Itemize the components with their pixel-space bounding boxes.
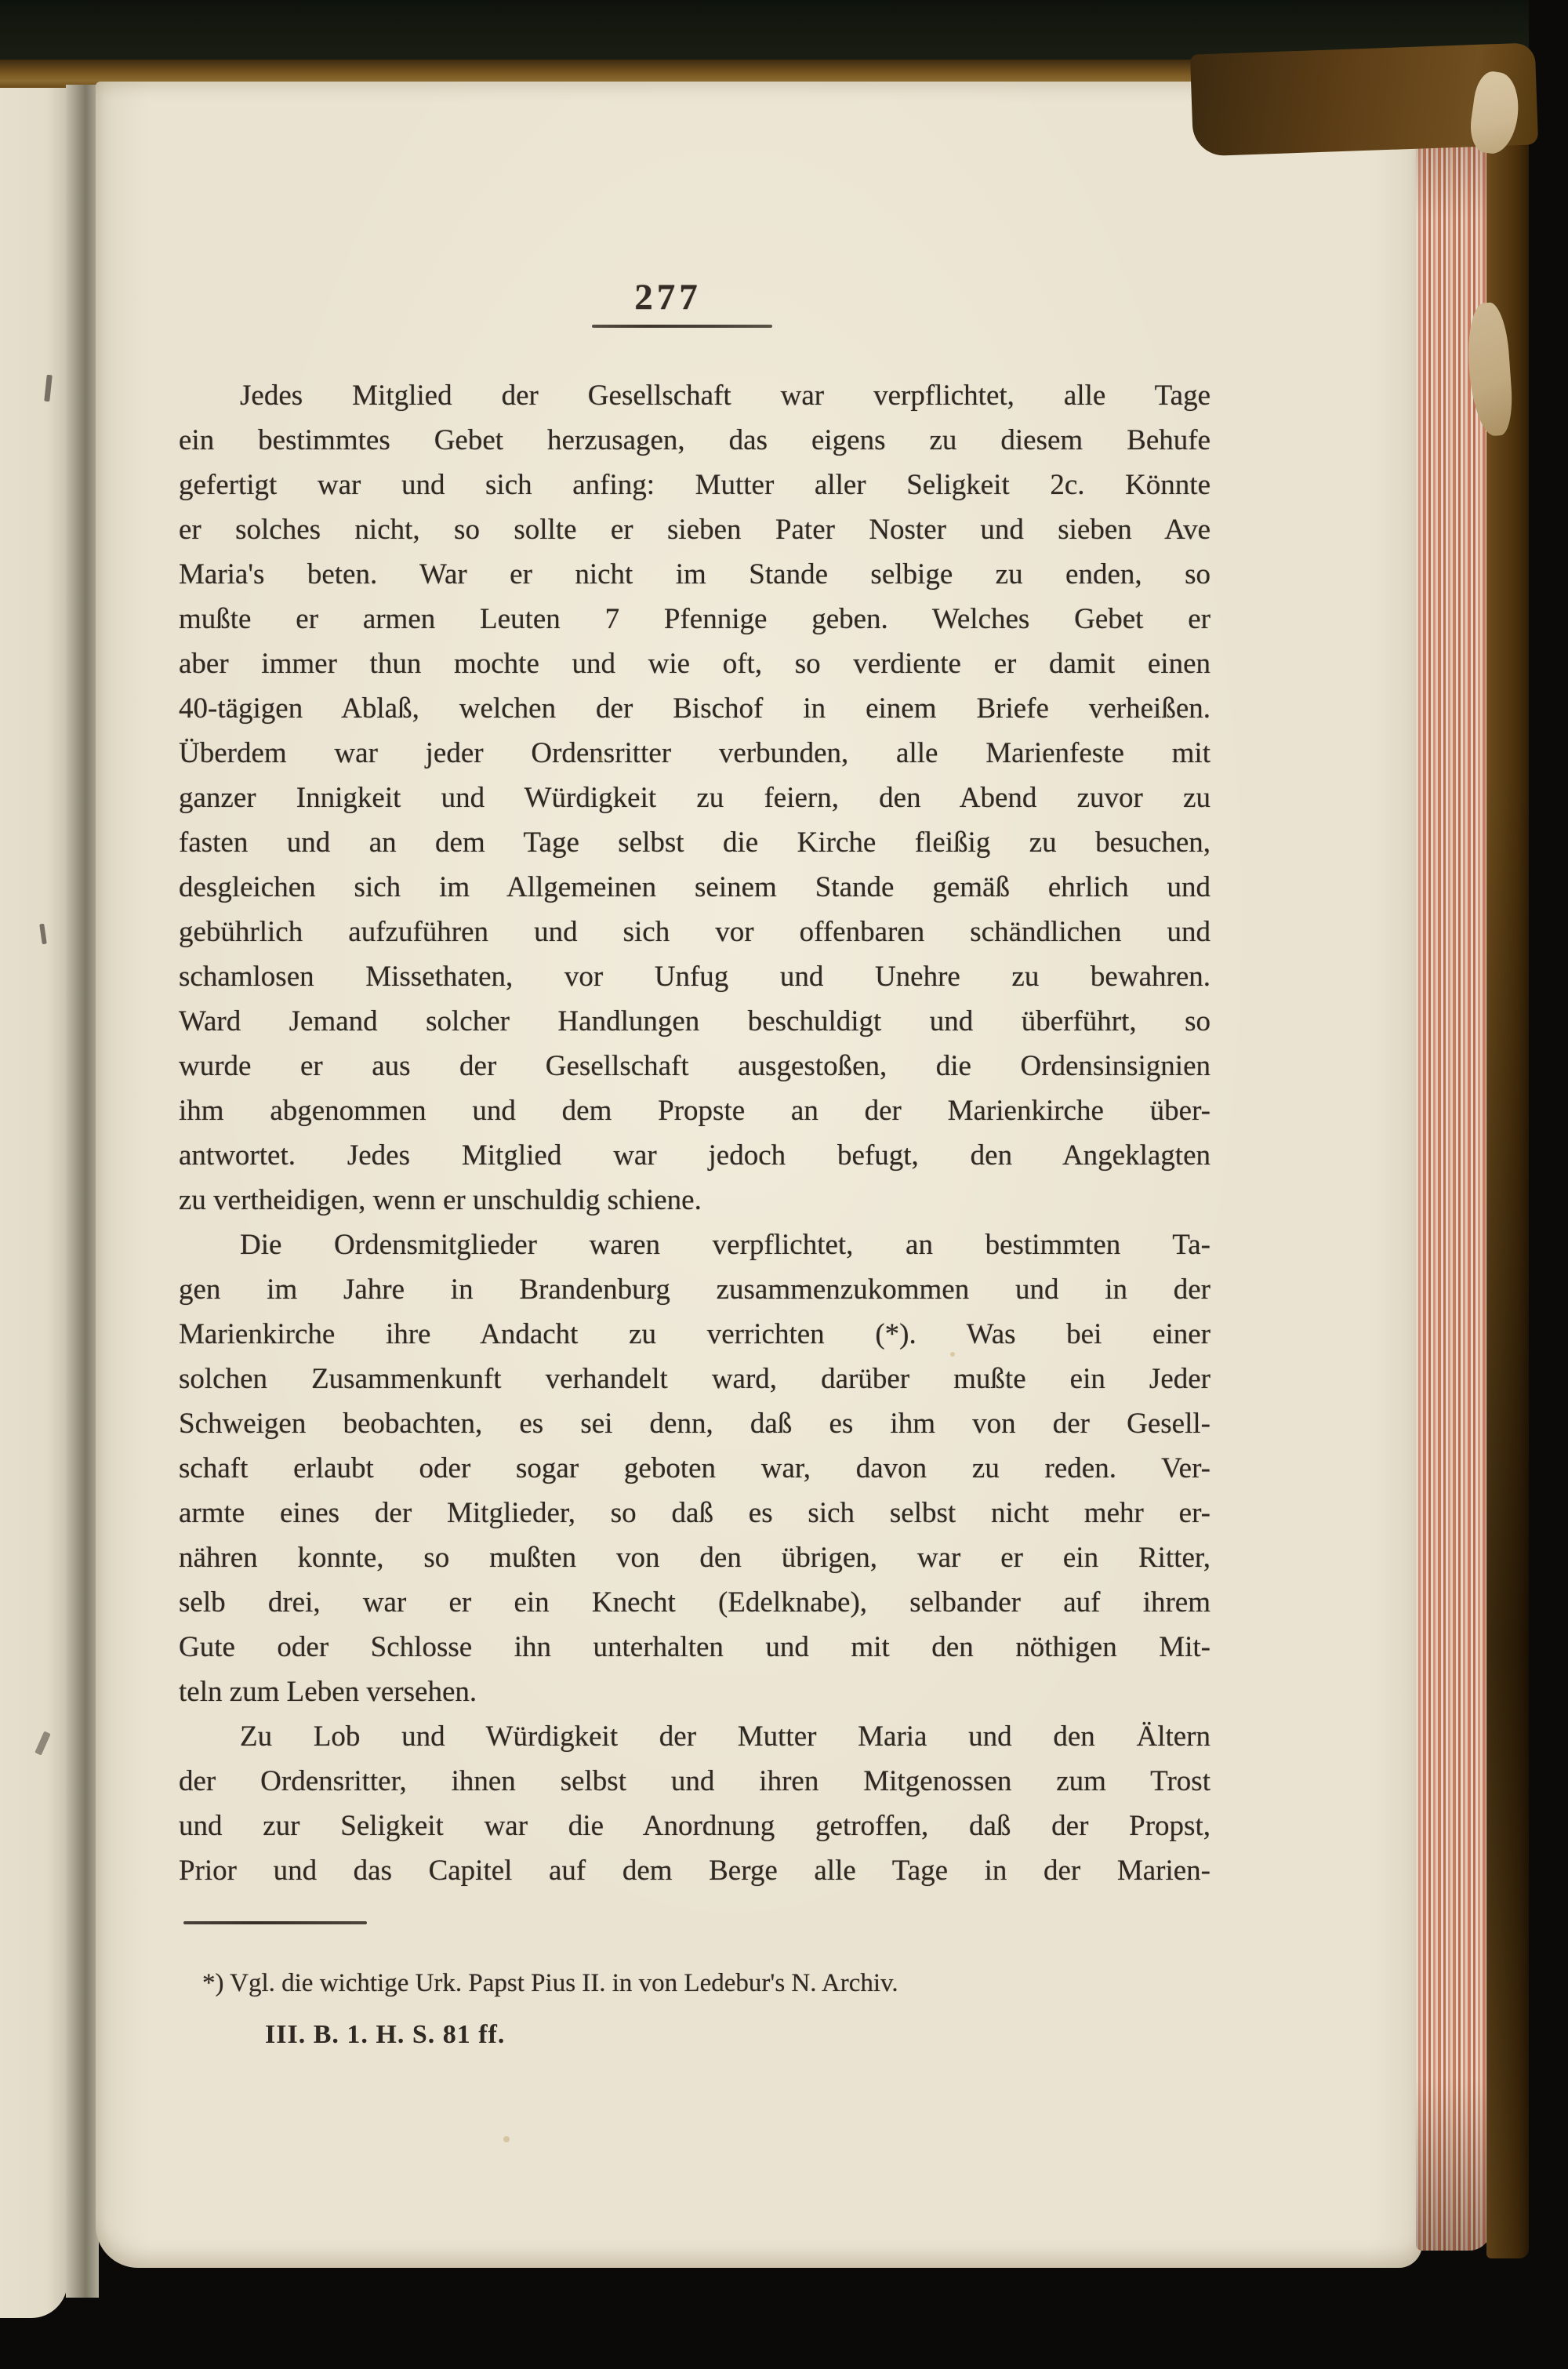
paragraph-3-line-3: und zur Seligkeit war die Anordnung getr… [179,1804,1210,1848]
paper-speck [950,1352,955,1357]
page-number: 277 [96,276,1240,318]
paragraph-1-line-16: wurde er aus der Gesellschaft ausgestoße… [179,1044,1210,1088]
paragraph-1-line-17: ihm abgenommen und dem Propste an der Ma… [179,1088,1210,1133]
paper-speck [503,2136,510,2142]
paragraph-3-line-4: Prior und das Capitel auf dem Berge alle… [179,1848,1210,1893]
paragraph-3-line-2: der Ordensritter, ihnen selbst und ihren… [179,1759,1210,1804]
paragraph-1-line-13: gebührlich aufzuführen und sich vor offe… [179,910,1210,954]
page-gutter-shadow [66,85,99,2298]
paragraph-1-line-10: ganzer Innigkeit und Würdigkeit zu feier… [179,776,1210,820]
paragraph-1-line-3: gefertigt war und sich anfing: Mutter al… [179,463,1210,507]
paragraph-2-line-1: Die Ordensmitglieder waren verpflichtet,… [179,1223,1210,1267]
paragraph-2-line-2: gen im Jahre in Brandenburg zusammenzuko… [179,1267,1210,1312]
paragraph-1-line-18: antwortet. Jedes Mitglied war jedoch bef… [179,1133,1210,1178]
paragraph-1-line-6: mußte er armen Leuten 7 Pfennige geben. … [179,597,1210,641]
paragraph-1-line-19: zu vertheidigen, wenn er unschuldig schi… [179,1178,1210,1223]
paragraph-2-line-10: Gute oder Schlosse ihn unterhalten und m… [179,1625,1210,1670]
paragraph-1-line-9: Überdem war jeder Ordensritter verbunden… [179,731,1210,776]
paragraph-1-line-2: ein bestimmtes Gebet herzusagen, das eig… [179,418,1210,463]
paragraph-2-line-11: teln zum Leben versehen. [179,1670,1210,1714]
facing-page-edge [0,88,67,2318]
book-photo: 277 Jedes Mitglied der Gesellschaft war … [0,0,1568,2369]
paragraph-1-line-15: Ward Jemand solcher Handlungen beschuldi… [179,999,1210,1044]
paragraph-2-line-9: selb drei, war er ein Knecht (Edelknabe)… [179,1580,1210,1625]
paragraph-1-line-14: schamlosen Missethaten, vor Unfug und Un… [179,954,1210,999]
book-page: 277 Jedes Mitglied der Gesellschaft war … [96,82,1422,2268]
paragraph-2-line-8: nähren konnte, so mußten von den übrigen… [179,1535,1210,1580]
paragraph-2-line-5: Schweigen beobachten, es sei denn, daß e… [179,1401,1210,1446]
paragraph-1-line-8: 40-tägigen Ablaß, welchen der Bischof in… [179,686,1210,731]
paragraph-1-line-11: fasten und an dem Tage selbst die Kirche… [179,820,1210,865]
paragraph-1-line-1: Jedes Mitglied der Gesellschaft war verp… [179,373,1210,418]
paper-speck [597,756,603,761]
footnote-line-1: *) Vgl. die wichtige Urk. Papst Pius II.… [202,1967,1214,2000]
paragraph-2-line-4: solchen Zusammenkunft verhandelt ward, d… [179,1357,1210,1401]
paragraph-2-line-3: Marienkirche ihre Andacht zu verrichten … [179,1312,1210,1357]
scanned-book-photo: { "page": { "number": "277", "paragraphs… [0,0,1568,2369]
paragraph-2-line-7: armte eines der Mitglieder, so daß es si… [179,1491,1210,1535]
footnote-line-2: III. B. 1. H. S. 81 ff. [265,2018,1206,2051]
page-number-rule [592,325,772,328]
paragraph-2-line-6: schaft erlaubt oder sogar geboten war, d… [179,1446,1210,1491]
paragraph-1-line-7: aber immer thun mochte und wie oft, so v… [179,641,1210,686]
text-block: Jedes Mitglied der Gesellschaft war verp… [179,373,1210,1893]
paragraph-1-line-4: er solches nicht, so sollte er sieben Pa… [179,507,1210,552]
footnote-separator-rule [183,1921,367,1924]
paragraph-3-line-1: Zu Lob und Würdigkeit der Mutter Maria u… [179,1714,1210,1759]
paragraph-1-line-5: Maria's beten. War er nicht im Stande se… [179,552,1210,597]
paragraph-1-line-12: desgleichen sich im Allgemeinen seinem S… [179,865,1210,910]
